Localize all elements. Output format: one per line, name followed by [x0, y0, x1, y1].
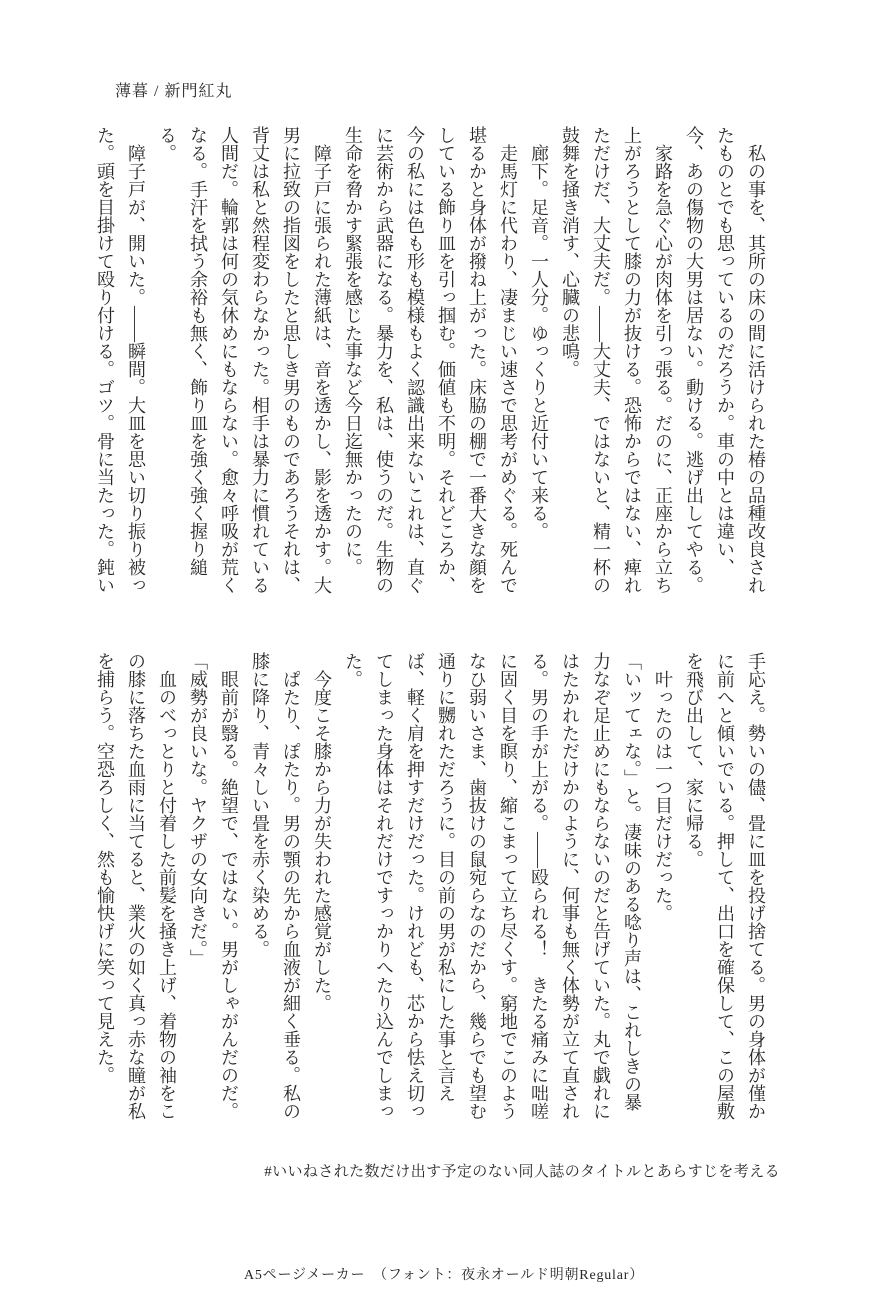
story-paragraph: ぱたり、ぽたり。男の顎の先から血液が細く垂る。私の膝に降り、青々しい畳を赤く染め… — [244, 652, 306, 1124]
page-title: 薄暮 / 新門紅丸 — [115, 78, 232, 101]
vertical-text-block-page1: 私の事を、其所の床の間に活けられた椿の品種改良されたものとでも思っているのだろう… — [81, 126, 771, 598]
story-paragraph: 叶ったのは一つ目だけだった。 — [647, 652, 678, 1124]
story-paragraph: 障子戸が、開いた。――瞬間。大皿を思い切り振り被った。頭を目掛けて殴り付ける。ゴ… — [89, 126, 151, 598]
story-paragraph: 廊下。足音。一人分。ゆっくりと近付いて来る。 — [523, 126, 554, 598]
story-paragraph: 「いッてェな。」と。凄味のある唸り声は、これしきの暴力なぞ足止めにもならないのだ… — [337, 652, 647, 1124]
hashtag-line: #いいねされた数だけ出す予定のない同人誌のタイトルとあらすじを考える — [264, 1160, 780, 1181]
story-paragraph: 障子戸に張られた薄紙は、音を透かし、影を透かす。大男に拉致の指図をしたと思しき男… — [151, 126, 337, 598]
story-paragraph: 今度こそ膝から力が失われた感覚がした。 — [306, 652, 337, 1124]
story-paragraph: 家路を急ぐ心が肉体を引っ張る。だのに、正座から立ち上がろうとして膝の力が抜ける。… — [554, 126, 678, 598]
story-paragraph: 眼前が翳る。絶望で、ではない。男がしゃがんだのだ。 — [213, 652, 244, 1124]
story-paragraph: 「威勢が良いな。ヤクザの女向きだ。」 — [182, 652, 213, 1124]
footer-credit: A5ページメーカー （フォント：夜永オールド明朝Regular） — [0, 1264, 888, 1284]
vertical-text-block-page2: 手応え。勢いの儘、畳に皿を投げ捨てる。男の身体が僅かに前へと傾いでいる。押して、… — [81, 652, 771, 1124]
story-paragraph: 走馬灯に代わり、凄まじい速さで思考がめぐる。死んで堪るかと身体が撥ね上がった。床… — [337, 126, 523, 598]
story-paragraph: 手応え。勢いの儘、畳に皿を投げ捨てる。男の身体が僅かに前へと傾いでいる。押して、… — [678, 652, 771, 1124]
story-paragraph: 私の事を、其所の床の間に活けられた椿の品種改良されたものとでも思っているのだろう… — [678, 126, 771, 598]
document-page: 薄暮 / 新門紅丸 私の事を、其所の床の間に活けられた椿の品種改良されたものとで… — [0, 0, 888, 1300]
story-paragraph: 血のべっとりと付着した前髪を掻き上げ、着物の袖をこの膝に落ちた血雨に当てると、業… — [89, 652, 182, 1124]
